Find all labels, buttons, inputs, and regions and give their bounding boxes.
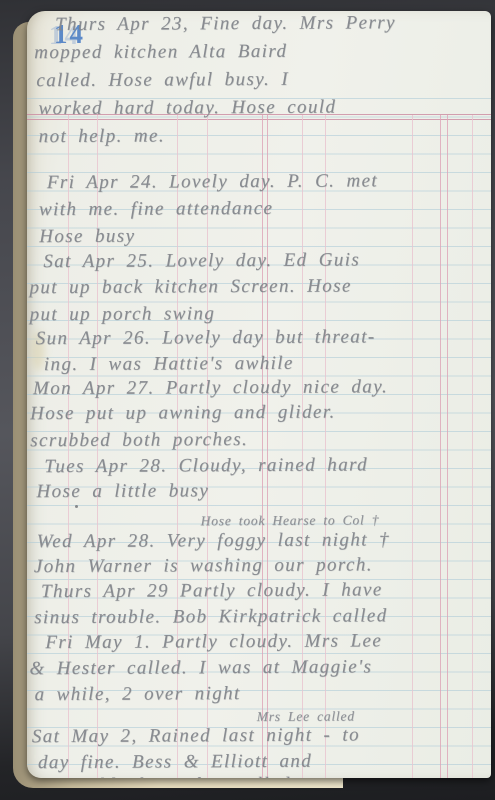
handwriting-layer: Thurs Apr 23, Fine day. Mrs Perry mopped… [27,11,491,778]
diary-line: Thurs Apr 23, Fine day. Mrs Perry [55,12,396,36]
diary-line: day fine. Bess & Elliott and [38,751,312,774]
diary-line: Wed Apr 28. Very foggy last night † [37,529,390,553]
diary-line: with me. fine attendance [39,198,273,221]
diary-line: Sat May 2, Rained last night - to [32,724,360,748]
notebook-page: 14 Thurs Apr 23, Fine day. Mrs Perry mop… [27,11,491,778]
diary-line: put up porch swing [30,303,216,326]
diary-line: ing. I was Hattie's awhile [44,353,294,376]
diary-line: & Hester called. I was at Maggie's [29,656,372,680]
diary-line: not help. me. [39,125,165,148]
diary-line: Tues Apr 28. Cloudy, rained hard [44,454,368,478]
diary-line: John Warner is washing our porch. [34,554,373,578]
diary-line: Fri May 1. Partly cloudy. Mrs Lee [45,630,382,654]
diary-line: Hose a little busy [36,480,209,503]
diary-line: Hose put up awning and glider. [30,402,336,426]
diary-line: worked hard today. Hose could [38,97,336,121]
diary-line: Fri Apr 24. Lovely day. P. C. met [47,170,378,194]
diary-line: Harold Shoemaker called. [54,774,297,778]
diary-line: scrubbed both porches. [30,429,248,452]
photo-background: 14 Thurs Apr 23, Fine day. Mrs Perry mop… [0,0,495,800]
diary-line: mopped kitchen Alta Baird [34,41,287,64]
diary-line: Sat Apr 25. Lovely day. Ed Guis [43,249,360,273]
diary-line: Sun Apr 26. Lovely day but threat- [36,326,376,350]
interlinear-note: Mrs Lee called [257,709,355,726]
diary-line: a while, 2 over night [35,683,241,706]
diary-line: put up back kitchen Screen. Hose [29,276,351,300]
diary-line: Mon Apr 27. Partly cloudy nice day. [33,376,388,400]
interlinear-note: Hose took Hearse to Col † [201,512,380,529]
diary-line: Hose busy [39,226,135,249]
diary-line: called. Hose awful busy. I [36,69,289,92]
diary-line: Thurs Apr 29 Partly cloudy. I have [41,579,383,603]
diary-line: sinus trouble. Bob Kirkpatrick called [34,605,388,629]
